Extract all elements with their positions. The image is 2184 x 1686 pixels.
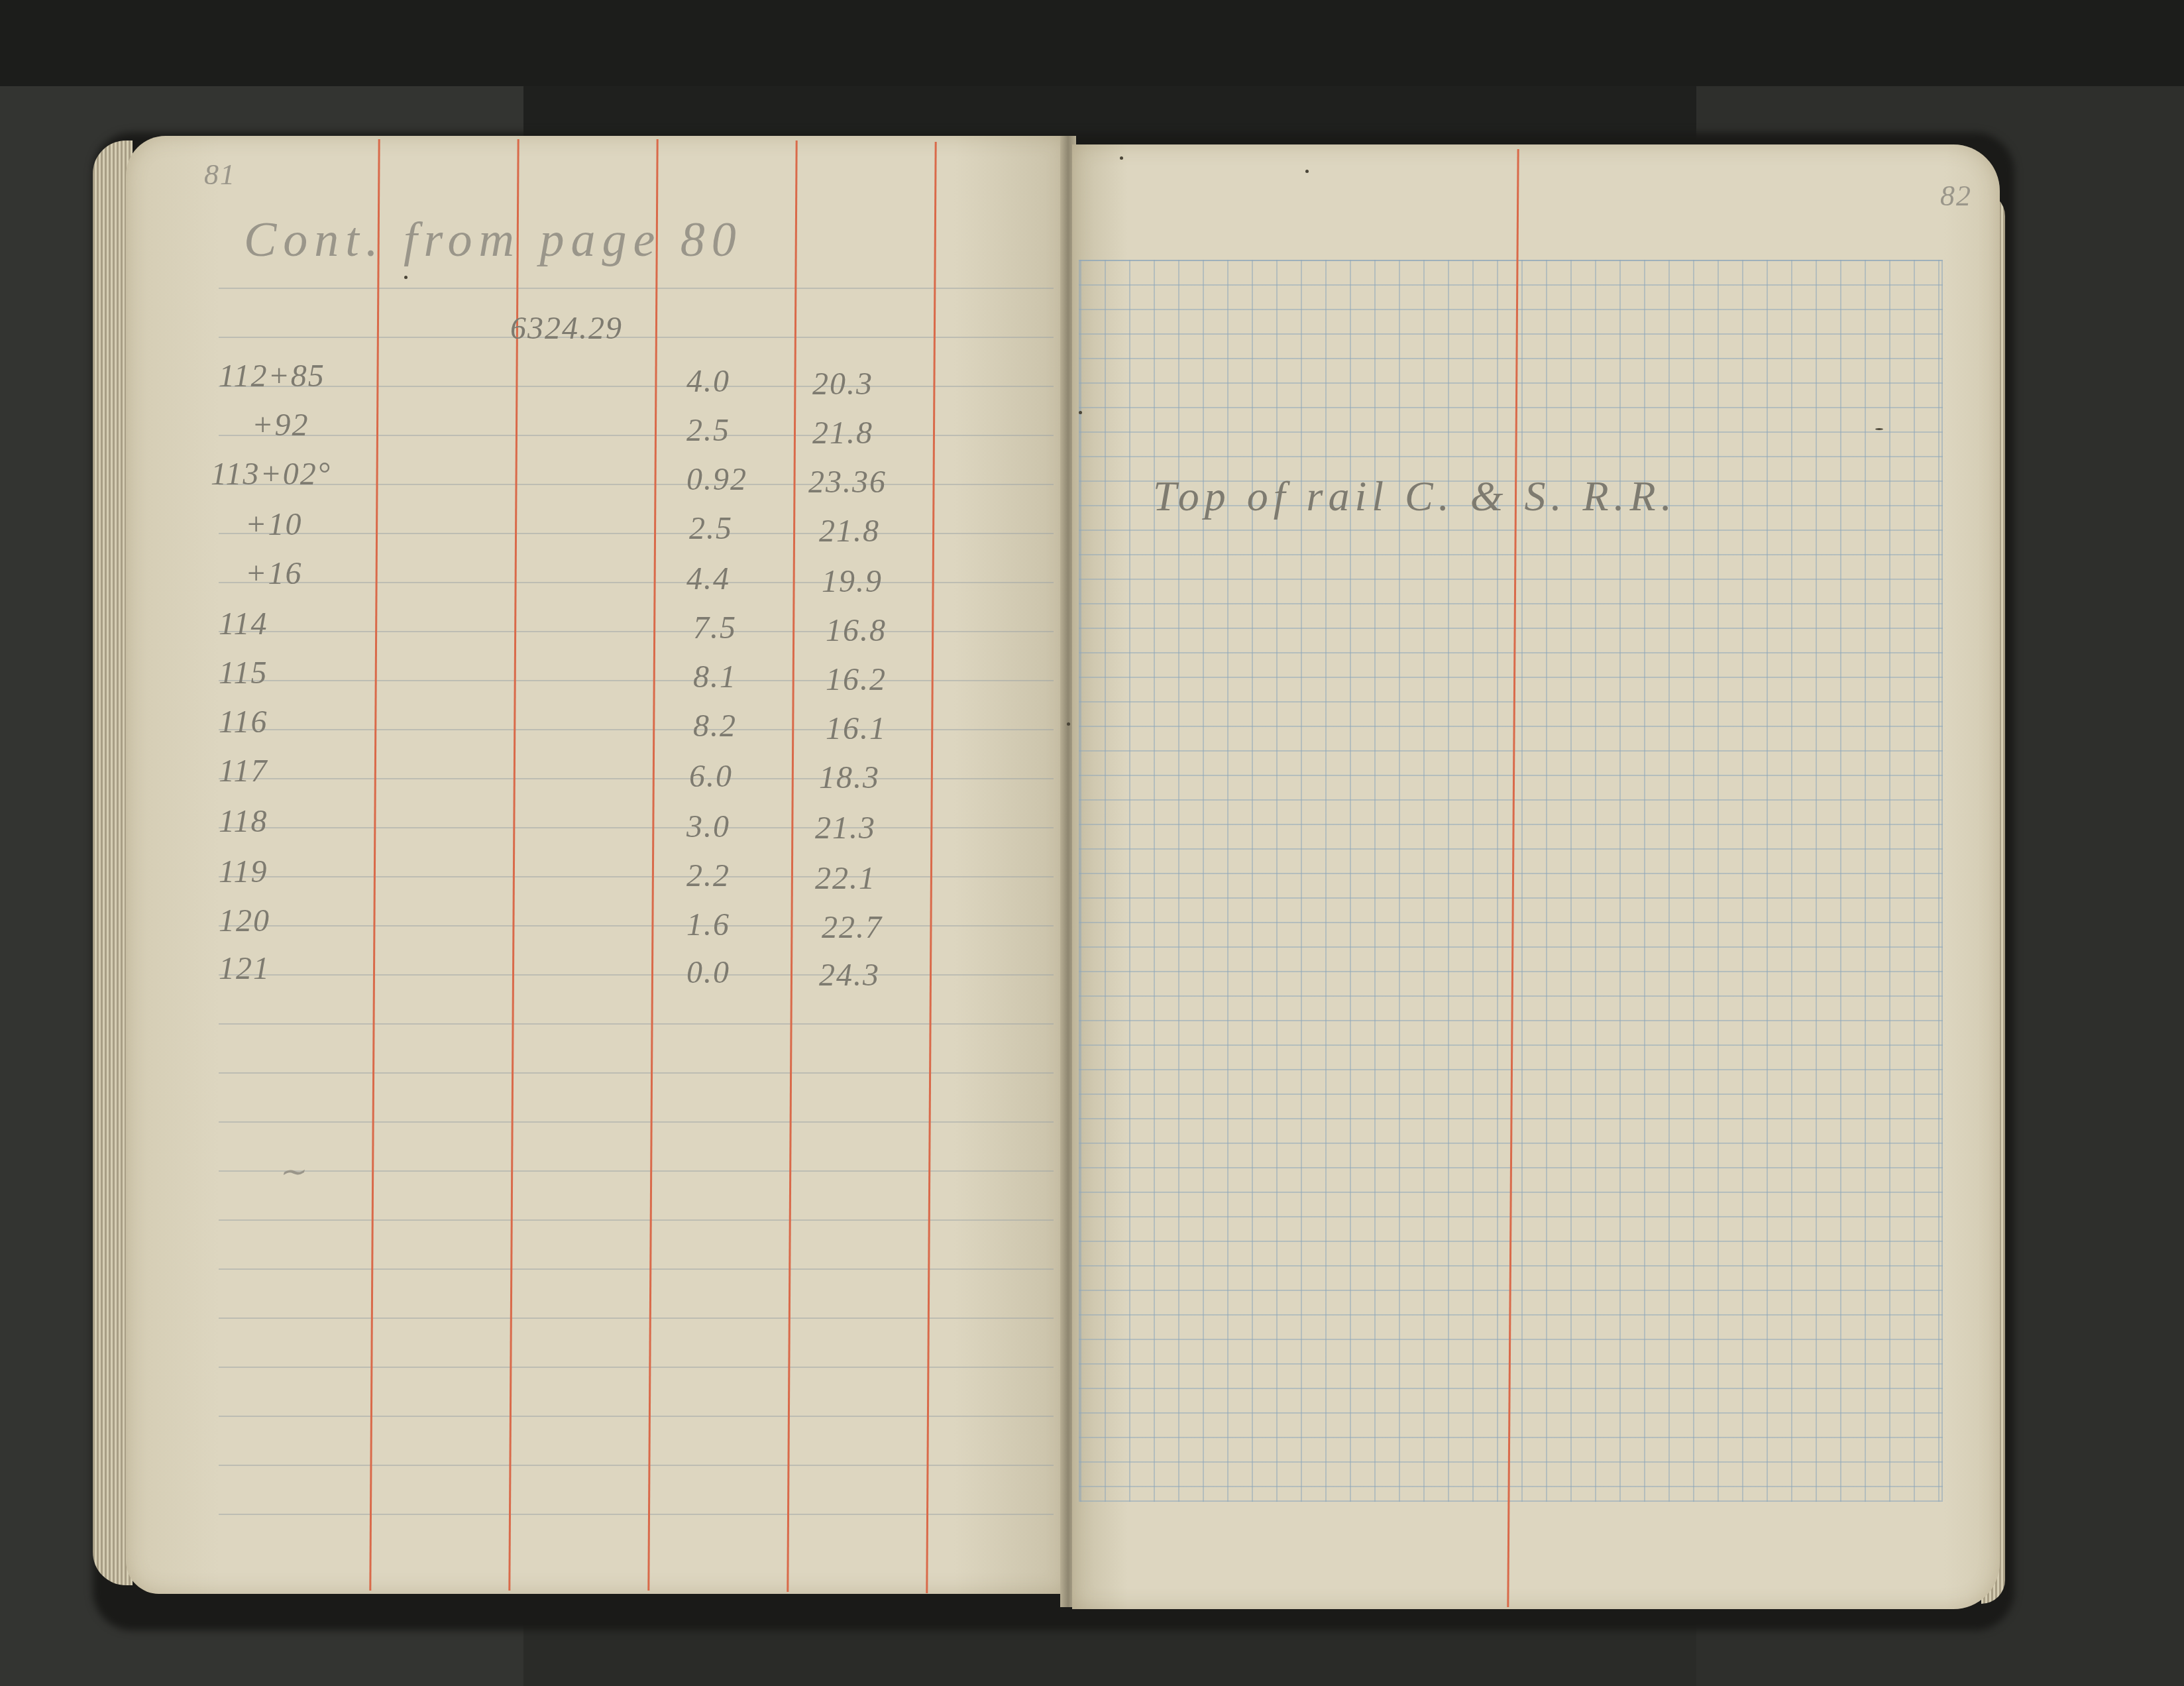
reading-cell: 0.92 xyxy=(686,461,747,498)
elevation-cell: 21.8 xyxy=(812,415,873,451)
reading-cell: 8.2 xyxy=(693,708,737,744)
elevation-cell: 22.1 xyxy=(815,860,876,897)
top-of-rail-note: Top of rail C. & S. R.R. xyxy=(1153,472,1677,521)
elevation-cell: 24.3 xyxy=(819,957,880,993)
station-cell: 121 xyxy=(219,950,270,987)
elevation-cell: 22.7 xyxy=(822,909,883,946)
left-page-number: 81 xyxy=(204,158,236,192)
reading-cell: 7.5 xyxy=(693,610,737,646)
station-cell: 113+02° xyxy=(211,456,331,492)
right-page-number: 82 xyxy=(1940,179,1972,213)
reading-cell: 2.5 xyxy=(689,510,733,547)
station-cell: 114 xyxy=(219,606,268,642)
elevation-cell: 16.2 xyxy=(826,661,887,698)
elevation-cell: 21.3 xyxy=(815,810,876,846)
station-cell: 112+85 xyxy=(219,358,325,394)
reading-cell: 4.4 xyxy=(686,561,730,597)
carried-value: 6324.29 xyxy=(510,310,623,347)
reading-cell: 8.1 xyxy=(693,659,737,695)
reading-cell: 0.0 xyxy=(686,954,730,991)
station-cell: 117 xyxy=(219,753,268,789)
elevation-cell: 16.8 xyxy=(826,612,887,649)
continued-heading: Cont. from page 80 xyxy=(244,212,743,268)
elevation-cell: 19.9 xyxy=(822,563,883,600)
station-cell: 120 xyxy=(219,903,270,939)
reading-cell: 2.2 xyxy=(686,858,730,894)
background-top-band xyxy=(0,0,2184,86)
reading-cell: 1.6 xyxy=(686,907,730,943)
reading-cell: 3.0 xyxy=(686,809,730,845)
station-cell: +92 xyxy=(252,407,309,443)
station-cell: +16 xyxy=(245,555,302,592)
elevation-cell: 23.36 xyxy=(808,464,887,500)
elevation-cell: 18.3 xyxy=(819,759,880,796)
station-cell: 116 xyxy=(219,704,268,740)
reading-cell: 6.0 xyxy=(689,758,733,795)
elevation-cell: 16.1 xyxy=(826,710,887,747)
reading-cell: 2.5 xyxy=(686,412,730,449)
stray-pencil-mark: ∼ xyxy=(278,1153,306,1190)
station-cell: 118 xyxy=(219,803,268,840)
station-cell: +10 xyxy=(245,506,302,543)
station-cell: 115 xyxy=(219,655,268,691)
elevation-cell: 21.8 xyxy=(819,513,880,549)
station-cell: 119 xyxy=(219,854,268,890)
elevation-cell: 20.3 xyxy=(812,366,873,402)
reading-cell: 4.0 xyxy=(686,363,730,400)
